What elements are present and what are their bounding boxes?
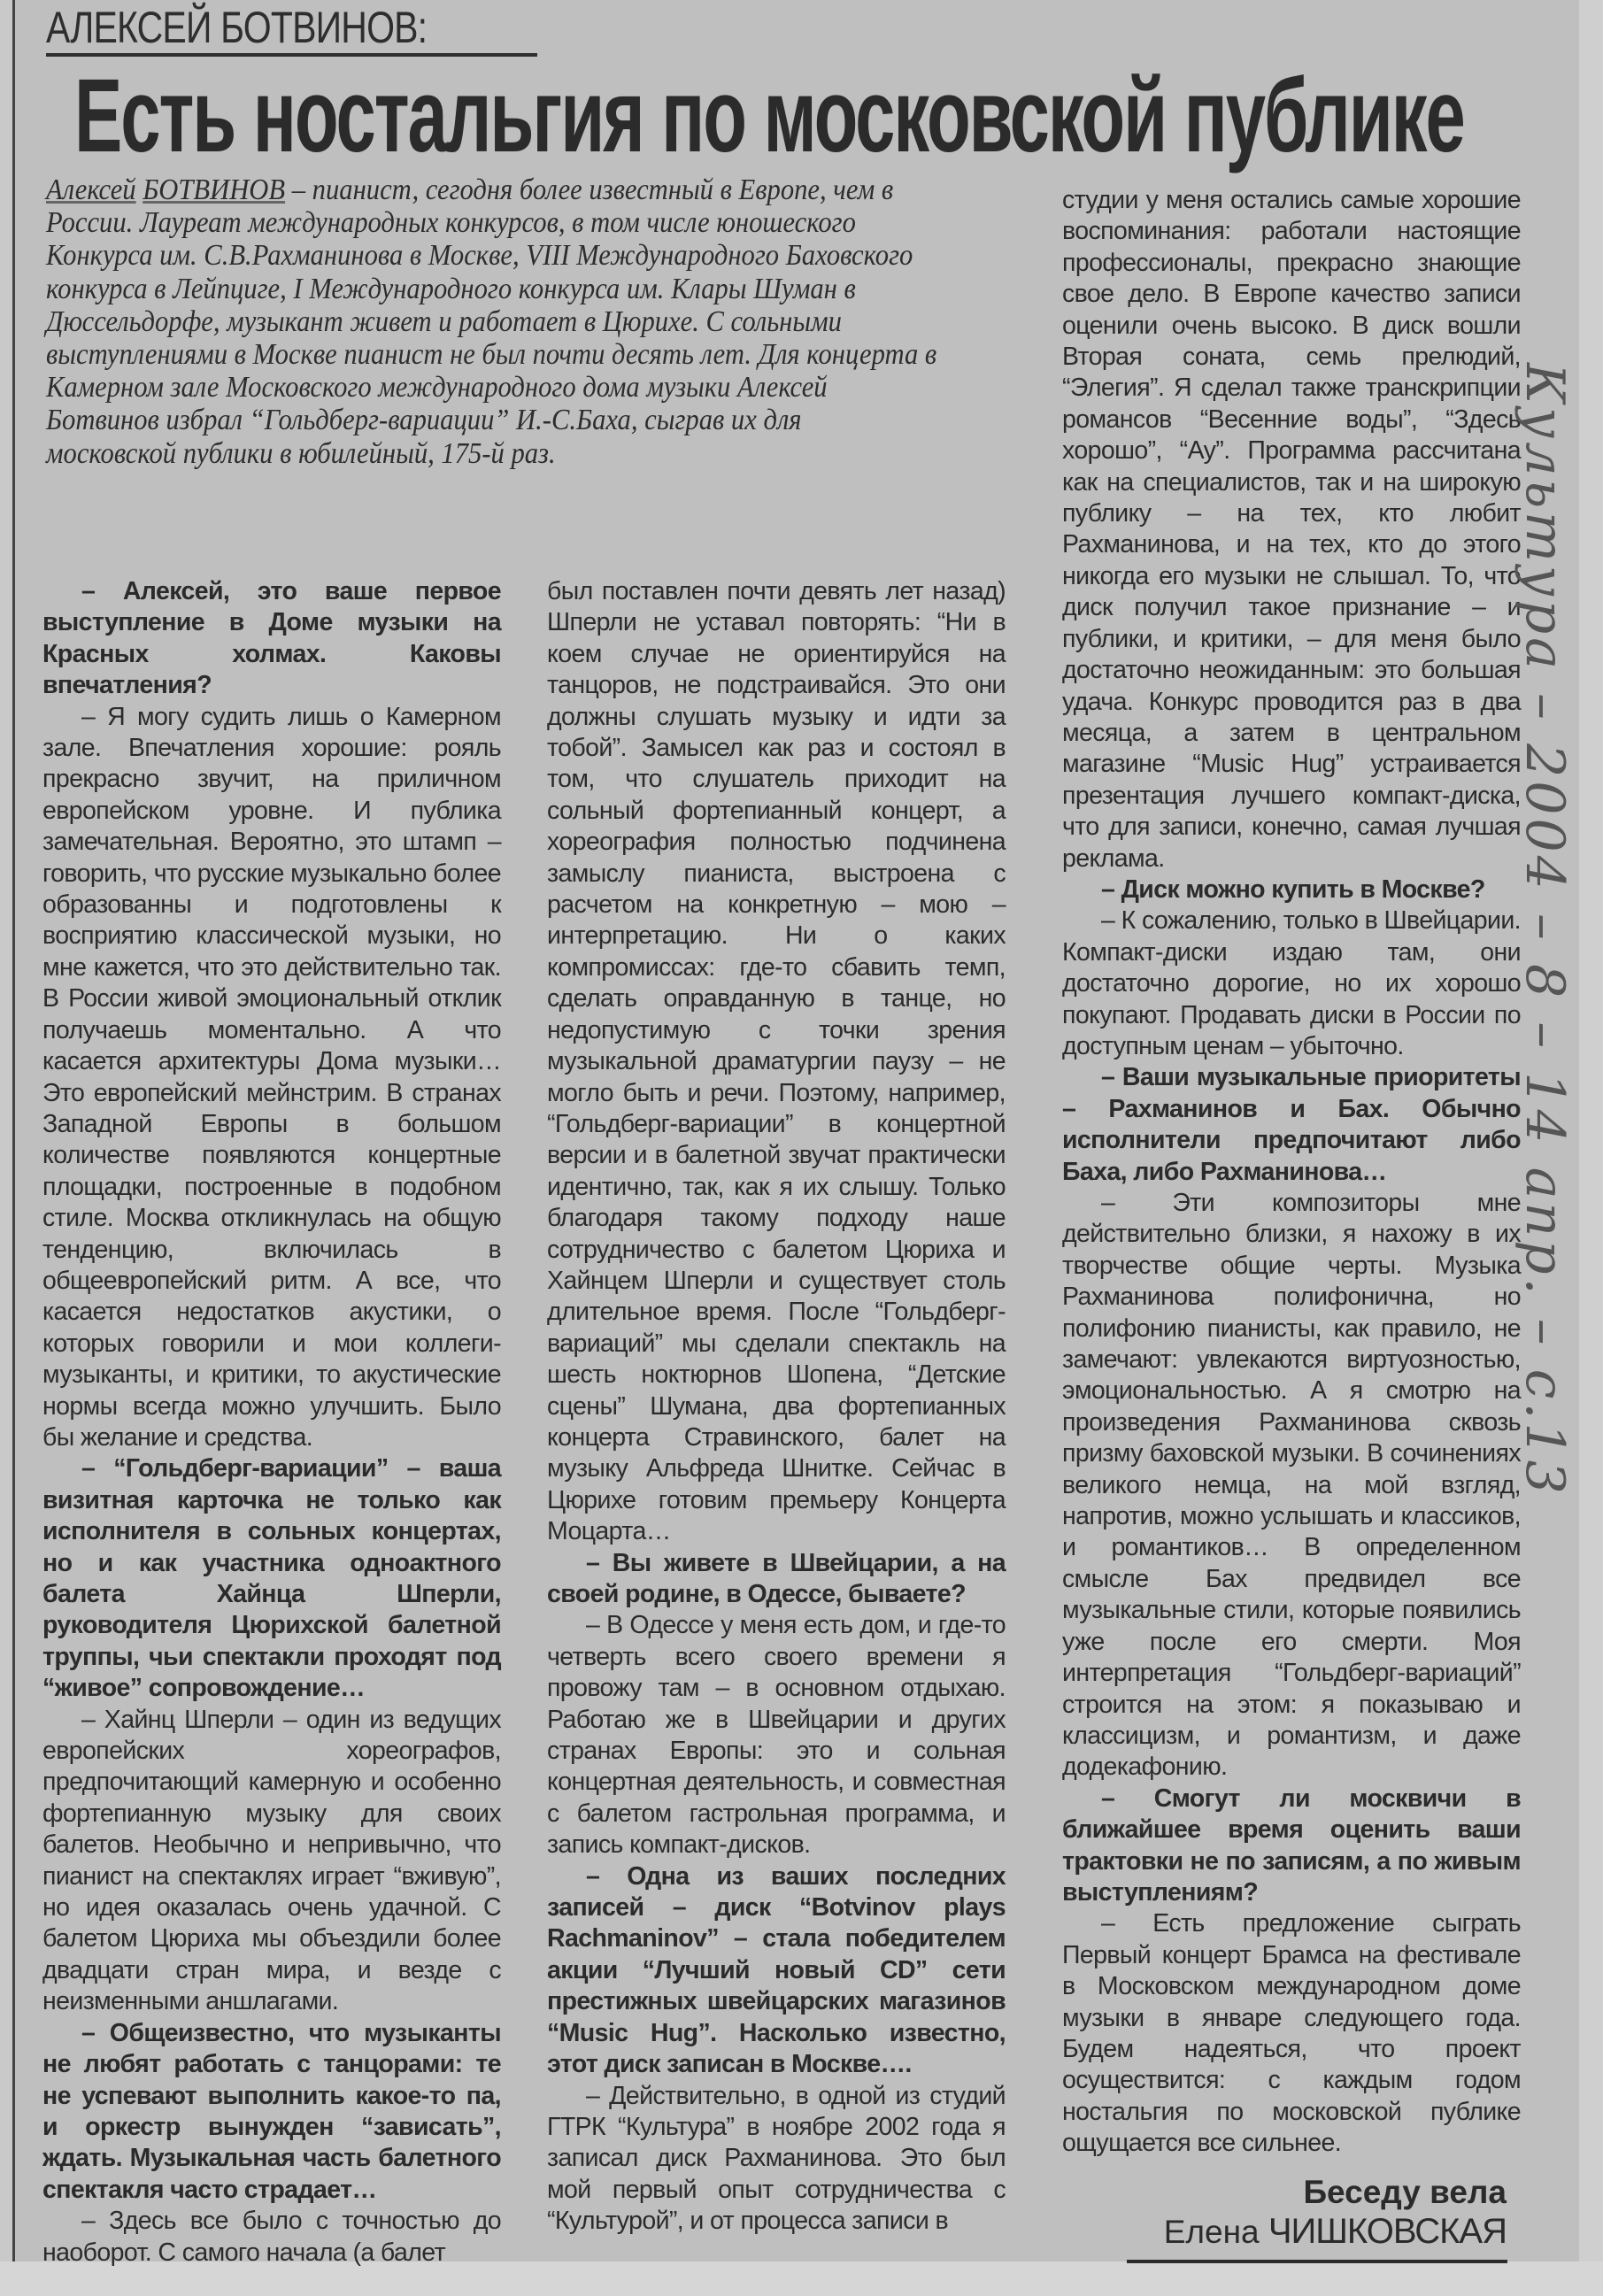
answer: – Здесь все было с точностью до наоборот… bbox=[42, 2206, 501, 2269]
answer-continued: студии у меня остались самые хорошие вос… bbox=[1062, 185, 1521, 874]
answer: – К сожалению, только в Швейцарии. Компа… bbox=[1062, 905, 1521, 1062]
answer: – В Одессе у меня есть дом, и где-то чет… bbox=[547, 1610, 1006, 1861]
lead-first-name: Алексей bbox=[46, 173, 136, 206]
author-first-name: Елена bbox=[1164, 2214, 1260, 2250]
byline: Беседу вела Елена ЧИШКОВСКАЯ bbox=[1124, 2173, 1507, 2252]
column-3: студии у меня остались самые хорошие вос… bbox=[1062, 185, 1521, 2160]
byline-label: Беседу вела bbox=[1124, 2173, 1507, 2212]
question: – Алексей, это ваше первое выступление в… bbox=[42, 576, 501, 702]
question: – Одна из ваших последних записей – диск… bbox=[547, 1861, 1006, 2081]
question: – “Гольдберг-вариации” – ваша визитная к… bbox=[42, 1453, 501, 1704]
kicker-underline bbox=[46, 53, 537, 57]
column-1: – Алексей, это ваше первое выступление в… bbox=[42, 576, 501, 2269]
answer: – Действительно, в одной из студий ГТРК … bbox=[547, 2081, 1006, 2238]
lead-last-name: БОТВИНОВ bbox=[143, 173, 285, 206]
answer: – Эти композиторы мне действительно близ… bbox=[1062, 1188, 1521, 1784]
column-2: был поставлен почти девять лет назад) Шп… bbox=[547, 576, 1006, 2238]
article-kicker: АЛЕКСЕЙ БОТВИНОВ: bbox=[46, 2, 427, 53]
article-headline: Есть ностальгия по московской публике bbox=[74, 58, 1464, 173]
question: – Общеизвестно, что музыканты не любят р… bbox=[42, 2018, 501, 2206]
answer: – Хайнц Шперли – один из ведущих европей… bbox=[42, 1705, 501, 2018]
byline-underline bbox=[1127, 2260, 1507, 2263]
byline-author: Елена ЧИШКОВСКАЯ bbox=[1124, 2212, 1507, 2252]
question: – Диск можно купить в Москве? bbox=[1062, 874, 1521, 905]
question: – Смогут ли москвичи в ближайшее время о… bbox=[1062, 1784, 1521, 1909]
question: – Ваши музыкальные приоритеты – Рахманин… bbox=[1062, 1062, 1521, 1188]
answer: – Есть предложение сыграть Первый концер… bbox=[1062, 1908, 1521, 2159]
answer: – Я могу судить лишь о Камерном зале. Вп… bbox=[42, 702, 501, 1454]
author-surname: ЧИШКОВСКАЯ bbox=[1268, 2212, 1507, 2251]
page-edge-right bbox=[1579, 0, 1603, 2296]
lead-text: – пианист, сегодня более известный в Евр… bbox=[46, 173, 936, 470]
answer-continued: был поставлен почти девять лет назад) Шп… bbox=[547, 576, 1006, 1548]
question: – Вы живете в Швейцарии, а на своей роди… bbox=[547, 1548, 1006, 1611]
article-lead: Алексей БОТВИНОВ – пианист, сегодня боле… bbox=[46, 173, 938, 470]
handwritten-source-note: Культура – 2004 – 8 – 14 апр. – с.13 bbox=[1514, 363, 1576, 1498]
